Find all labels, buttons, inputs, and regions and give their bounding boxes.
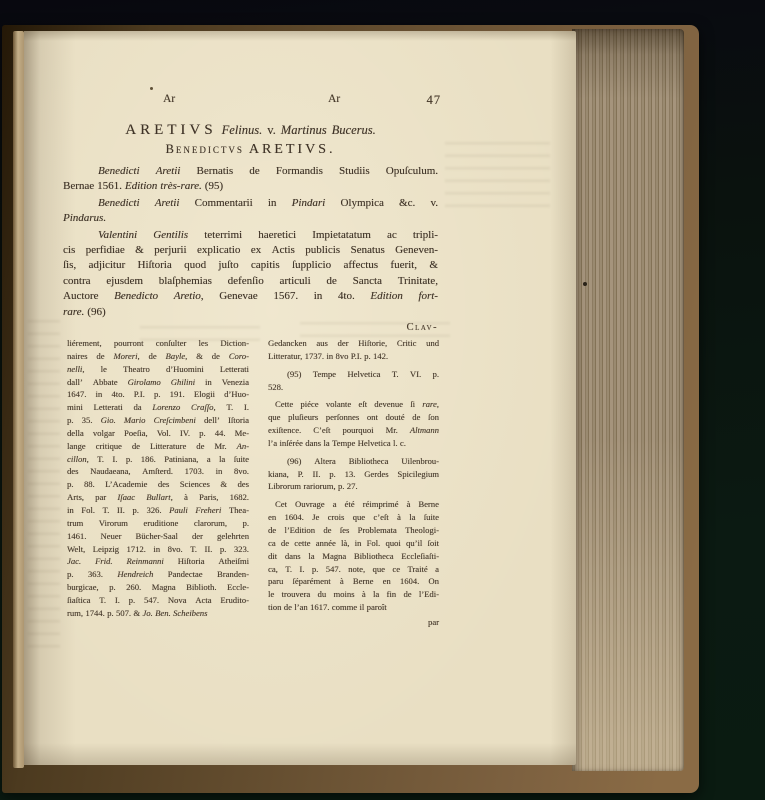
word: Mr. xyxy=(214,441,226,451)
word: articuli xyxy=(279,275,310,287)
word: Creſcimbeni xyxy=(154,415,196,425)
word: 1561. xyxy=(97,180,122,192)
running-head-row: Ar Ar 47 xyxy=(63,93,441,109)
text-line: p.88.L’AcademiedesSciences&des xyxy=(67,479,249,492)
word: 4to. xyxy=(338,290,355,302)
word: II. xyxy=(204,544,212,554)
word: Cet xyxy=(275,499,287,509)
word: 528. xyxy=(268,382,283,392)
word: &c. xyxy=(399,197,415,209)
word: paroît xyxy=(367,602,387,612)
word: ſis, xyxy=(63,259,76,271)
text-line: cisperfidiae&perjuriiexplicatioexActispu… xyxy=(63,244,438,259)
word: rariorum, xyxy=(303,481,335,491)
word: & xyxy=(133,608,140,618)
word: Letterati xyxy=(220,364,249,374)
word: 1737. xyxy=(305,351,324,361)
word: 1604. xyxy=(284,512,303,522)
word: Edition xyxy=(125,180,157,192)
word: Tempe xyxy=(332,438,355,448)
word: in xyxy=(153,544,160,554)
text-line: desNaudaeana,Amſterd.1703.in8vo. xyxy=(67,466,249,479)
word: T. xyxy=(97,454,104,464)
word: Aretii xyxy=(155,197,180,209)
word: 186. xyxy=(141,454,156,464)
word: en xyxy=(268,512,276,522)
word: Gerdes xyxy=(364,469,388,479)
word: de xyxy=(326,275,336,287)
text-line: cillon,T.I.p.186.Patiniana,alaſuite xyxy=(67,454,249,467)
word: Berne xyxy=(418,499,439,509)
word: p. xyxy=(109,582,115,592)
word: exiſtence. xyxy=(268,425,301,435)
word: der xyxy=(192,531,203,541)
word: en xyxy=(383,576,391,586)
word: cette xyxy=(294,538,310,548)
word: Acta xyxy=(195,595,211,605)
word: à xyxy=(362,589,366,599)
word: Elogii xyxy=(194,389,215,399)
word: juſto xyxy=(218,259,238,271)
word: ſoit xyxy=(427,538,438,548)
word: Ouvrage xyxy=(295,499,325,509)
word: Valentini xyxy=(98,229,137,241)
word: d’Huomini xyxy=(166,364,204,374)
word: ſiaſtica xyxy=(67,595,90,605)
word: contra xyxy=(63,275,90,287)
word: Aretio, xyxy=(174,290,204,302)
word: ſupplicio xyxy=(292,259,331,271)
word: des xyxy=(67,466,78,476)
word: Amſterd. xyxy=(142,466,173,476)
word: conſulter xyxy=(156,338,187,348)
word: 1647. xyxy=(67,389,86,399)
word: Poeſia, xyxy=(124,428,148,438)
text-line: dall’AbbateGirolamoGhiliniinVenezia xyxy=(67,377,249,390)
word: c’eſt xyxy=(373,512,388,522)
text-line: Arts,parIſaacBullart,àParis,1682. xyxy=(67,492,249,505)
word: Gedancken xyxy=(268,338,307,348)
word: de xyxy=(96,351,104,361)
word: à xyxy=(407,499,411,509)
word: Nova xyxy=(168,595,187,605)
text-line: GedanckenausderHiſtorie,Criticund xyxy=(268,338,439,351)
word: Altmann xyxy=(410,425,439,435)
running-head-middle: Ar xyxy=(328,93,340,105)
word: p. xyxy=(67,569,73,579)
word: la xyxy=(373,589,379,599)
word: à xyxy=(184,492,188,502)
word: Atheiſmi xyxy=(218,556,249,566)
word: Bibliotheca xyxy=(349,456,389,466)
word: dell’ xyxy=(204,415,220,425)
word: II. xyxy=(117,505,125,515)
word: affectus xyxy=(343,259,378,271)
text-line: rare.(96) xyxy=(63,306,438,321)
word: 260. xyxy=(126,582,141,592)
word: dans xyxy=(285,551,301,561)
word: 326. xyxy=(146,505,161,515)
word: 27. xyxy=(347,481,358,491)
word: mini xyxy=(67,402,83,412)
word: (95) xyxy=(287,369,301,379)
word: aus xyxy=(316,338,327,348)
word: 547. xyxy=(144,595,159,605)
word: a xyxy=(207,454,211,464)
word: Martinus xyxy=(281,123,327,138)
word: T. xyxy=(190,544,197,554)
word: Biblioth. xyxy=(186,582,216,592)
word: in xyxy=(67,505,74,515)
word: dans xyxy=(305,438,321,448)
word: Bayle, xyxy=(166,351,188,361)
word: que xyxy=(268,412,280,422)
word: v. xyxy=(267,123,276,138)
word: Freheri xyxy=(195,505,221,515)
text-line: Librorumrariorum,p.27. xyxy=(268,481,439,494)
text-line: trumVirorumeruditioneclarorum,p. xyxy=(67,518,249,531)
word: rare. xyxy=(63,306,84,318)
word: Benedicti xyxy=(98,165,140,177)
word: Tempe xyxy=(313,369,336,379)
word: P. xyxy=(298,469,304,479)
word: par xyxy=(95,492,106,502)
word: dall’ xyxy=(67,377,83,387)
word: de xyxy=(249,165,259,177)
text-line: Cettepiécevolanteeſtdevenueſirare, xyxy=(268,399,439,412)
word: du xyxy=(318,589,327,599)
word: ce xyxy=(392,564,400,574)
word: 1682. xyxy=(230,492,249,502)
text-line: paruſéparémentàBerneen1604.On xyxy=(268,576,439,589)
text-line: p.35.Gio.MarioCreſcimbenidell’Iſtoria xyxy=(67,415,249,428)
text-line: Litteratur,1737.in8voP.I.p.142. xyxy=(268,351,439,364)
word: de xyxy=(403,589,411,599)
text-line: ſis,adjiciturHiſtoriaquodjuſtocapitisſup… xyxy=(63,259,438,274)
word: 363. xyxy=(88,569,103,579)
word: 1744. xyxy=(85,608,104,618)
word: adjicitur xyxy=(89,259,126,271)
word: Pindarus. xyxy=(63,212,106,224)
word: On xyxy=(428,576,439,586)
word: p. xyxy=(129,595,135,605)
word: ARETIVS. xyxy=(249,142,336,158)
word: volgar xyxy=(93,428,115,438)
word: note, xyxy=(348,564,365,574)
word: Hiſtoria xyxy=(138,259,172,271)
word: ſéparément xyxy=(292,576,330,586)
word: da xyxy=(133,402,141,412)
word: Benedicto xyxy=(114,290,158,302)
word: Branden- xyxy=(217,569,249,579)
word: dit xyxy=(268,551,277,561)
word: & xyxy=(135,244,144,256)
word: les xyxy=(199,338,209,348)
text-line: Bernae1561.Editiontrès-rare.(95) xyxy=(63,180,438,195)
text-line: par xyxy=(268,617,439,630)
word: I. xyxy=(112,454,117,464)
word: Coro- xyxy=(229,351,249,361)
word: in xyxy=(268,197,277,209)
word: blaſphemias xyxy=(159,275,212,287)
word: 1604. xyxy=(400,576,419,586)
word: la xyxy=(323,438,329,448)
word: tion xyxy=(268,602,281,612)
word: crois xyxy=(328,512,345,522)
text-line: tiondel’an1617.commeilparoît xyxy=(268,602,439,615)
word: rare, xyxy=(422,399,439,409)
word: Litteratur, xyxy=(268,351,302,361)
word: Girolamo xyxy=(128,377,161,387)
notes-left-column: liérement,pourrontconſulterlesDiction-na… xyxy=(67,338,249,621)
word: Je xyxy=(312,512,319,522)
word: Jo. xyxy=(142,608,152,618)
word: perjurii xyxy=(154,244,186,256)
word: la xyxy=(308,551,314,561)
word: nelli, xyxy=(67,364,84,374)
word: cis xyxy=(63,244,75,256)
word: 142. xyxy=(373,351,388,361)
text-line: ValentiniGentilisteterrimihaereticiImpie… xyxy=(63,229,438,244)
word: (95) xyxy=(205,180,223,192)
word: in xyxy=(355,538,362,548)
word: eſt xyxy=(358,399,367,409)
text-line: p.363.HendreichPandectaeBranden- xyxy=(67,569,249,582)
word: p. xyxy=(132,505,138,515)
word: haeretici xyxy=(258,229,296,241)
text-line: cadecetteannéelà,inFol.quoiqu’ilſoit xyxy=(268,538,439,551)
word: und xyxy=(426,338,439,348)
text-line: exiſtence.C’eſtpourquoiMr.Altmann xyxy=(268,425,439,438)
word: de xyxy=(268,525,276,535)
text-line: kiana,P.II.p.13.GerdesSpicilegium xyxy=(268,469,439,482)
text-line: liérement,pourrontconſulterlesDiction- xyxy=(67,338,249,351)
word: Hiſtorie, xyxy=(358,338,387,348)
word: Bucerus. xyxy=(332,123,376,138)
word: Bernatis xyxy=(196,165,233,177)
text-line: BenedictvsARETIVS. xyxy=(63,142,438,162)
word: douté xyxy=(385,412,404,422)
word: Helvetica xyxy=(358,438,391,448)
word: in xyxy=(205,377,212,387)
word: Arts, xyxy=(67,492,84,502)
word: Edition xyxy=(370,290,402,302)
paper-speck xyxy=(583,282,587,286)
word: l’Edi- xyxy=(419,589,439,599)
word: Geneven- xyxy=(395,244,438,256)
word: p. xyxy=(67,479,73,489)
word: p. xyxy=(220,544,226,554)
word: p. xyxy=(329,469,335,479)
word: in xyxy=(326,351,333,361)
text-line: contraejusdemblaſphemiasdefenſioarticuli… xyxy=(63,275,438,290)
word: Scheibens xyxy=(173,608,207,618)
word: Fol. xyxy=(81,505,95,515)
text-line: langecritiquedeLitteraturedeMr.An- xyxy=(67,441,249,454)
word: clarorum, xyxy=(194,518,227,528)
word: fort- xyxy=(418,290,438,302)
word: trouvera xyxy=(282,589,311,599)
word: p. xyxy=(338,481,344,491)
word: perſonnes xyxy=(326,412,359,422)
word: T. xyxy=(392,369,399,379)
word: 35. xyxy=(82,415,93,425)
word: paru xyxy=(268,576,283,586)
photo-background: Ar Ar 47 ARETIVSFelinus.v.MartinusBuceru… xyxy=(0,0,765,800)
word: a xyxy=(333,499,337,509)
word: Ghilini xyxy=(171,377,195,387)
word: Erudito- xyxy=(220,595,249,605)
word: Olympica xyxy=(340,197,383,209)
word: Litterature xyxy=(150,441,186,451)
running-head-left: Ar xyxy=(163,93,175,105)
word: Venezia xyxy=(222,377,249,387)
word: par xyxy=(428,617,439,627)
word: Formandis xyxy=(276,165,323,177)
text-line: l’ainſéréedanslaTempeHelvetical.c. xyxy=(268,438,439,451)
word: burgicae, xyxy=(67,582,99,592)
word: que xyxy=(353,512,365,522)
word: ejusdem xyxy=(106,275,143,287)
word: cillon, xyxy=(67,454,89,464)
bleedthrough-shading xyxy=(28,320,60,650)
text-line: 1461.NeuerBücher-Saaldergelehrten xyxy=(67,531,249,544)
text-line: ca,T.I.p.547.note,queceTraitéa xyxy=(268,564,439,577)
word: ex xyxy=(251,244,261,256)
word: Welt, xyxy=(67,544,85,554)
word: critique xyxy=(96,441,122,451)
word: là, xyxy=(341,538,349,548)
word: année xyxy=(316,538,336,548)
word: ſi xyxy=(410,399,415,409)
word: p. xyxy=(126,454,132,464)
word: L’Academie xyxy=(105,479,147,489)
word: moins xyxy=(333,589,354,599)
word: Impietatatum xyxy=(312,229,371,241)
word: explicatio xyxy=(197,244,240,256)
word: des xyxy=(238,479,249,489)
word: des xyxy=(158,479,169,489)
word: 1567. xyxy=(273,290,298,302)
word: Auctore xyxy=(63,290,98,302)
word: defenſio xyxy=(228,275,264,287)
word: (96) xyxy=(287,456,301,466)
word: quod xyxy=(184,259,206,271)
word: Bücher-Saal xyxy=(136,531,178,541)
word: réimprimé xyxy=(363,499,399,509)
word: Studiis xyxy=(339,165,370,177)
word: 8vo. xyxy=(168,544,183,554)
word: Moreri, xyxy=(113,351,139,361)
word: teterrimi xyxy=(204,229,242,241)
word: 4to. xyxy=(111,389,124,399)
word: I. xyxy=(299,564,304,574)
word: 547. xyxy=(326,564,341,574)
word: Theatro xyxy=(123,364,150,374)
word: Pandectae xyxy=(168,569,203,579)
word: la xyxy=(409,512,415,522)
word: p. xyxy=(199,428,205,438)
word: Eccleſiaſti- xyxy=(401,551,439,561)
word: il xyxy=(359,602,364,612)
word: le xyxy=(101,364,107,374)
word: Vol. xyxy=(157,428,171,438)
text-line: BenedictiAretiiBernatisdeFormandisStudii… xyxy=(63,165,438,180)
word: 323. xyxy=(234,544,249,554)
text-line: burgicae,p.260.MagnaBiblioth.Eccle- xyxy=(67,582,249,595)
word: liérement, xyxy=(67,338,102,348)
word: pluſieurs xyxy=(288,412,318,422)
word: Hendreich xyxy=(117,569,153,579)
word: Traité xyxy=(407,564,427,574)
text-line: rum,1744.p.507.&Jo.Ben.Scheibens xyxy=(67,608,249,621)
word: à xyxy=(340,576,344,586)
word: publicis xyxy=(305,244,340,256)
word: & xyxy=(220,479,227,489)
notes-right-column: GedanckenausderHiſtorie,CriticundLittera… xyxy=(268,338,439,630)
word: lange xyxy=(67,441,86,451)
word: in xyxy=(96,389,103,399)
word: (96) xyxy=(87,306,105,318)
word: la xyxy=(219,454,225,464)
word: ca, xyxy=(268,564,278,574)
word: in xyxy=(314,290,323,302)
word: 8vo. xyxy=(234,466,249,476)
word: inſérée xyxy=(279,438,302,448)
word: Felinus. xyxy=(222,123,263,138)
word: 1712. xyxy=(126,544,145,554)
word: l. xyxy=(393,438,398,448)
word: Patiniana, xyxy=(164,454,198,464)
word: perfidiae xyxy=(86,244,125,256)
word: Critic xyxy=(397,338,417,348)
word: d’Huo- xyxy=(224,389,249,399)
word: Spicilegium xyxy=(397,469,439,479)
word: ont xyxy=(367,412,378,422)
word: trum xyxy=(67,518,83,528)
word: Benedictvs xyxy=(166,142,244,157)
word: Trinitate, xyxy=(398,275,438,287)
word: rum, xyxy=(67,608,83,618)
text-line: inFol.T.II.p.326.PauliFreheriThea- xyxy=(67,505,249,518)
word: I. xyxy=(244,402,249,412)
word: eruditione xyxy=(143,518,178,528)
word: capitis xyxy=(251,259,280,271)
word: P.I. xyxy=(351,351,362,361)
word: Reinmanni xyxy=(126,556,163,566)
word: p. xyxy=(312,564,318,574)
word: Paris, xyxy=(199,492,218,502)
word: ſuite xyxy=(234,454,249,464)
word: été xyxy=(345,499,355,509)
text-line: (96)AlteraBibliothecaUilenbrou- xyxy=(268,456,439,469)
word: II. xyxy=(313,469,321,479)
word: le xyxy=(268,589,274,599)
word: v. xyxy=(430,197,438,209)
word: & xyxy=(429,259,438,271)
text-line: dellavolgarPoeſia,Vol.IV.p.44.Me- xyxy=(67,428,249,441)
page-number: 47 xyxy=(427,93,442,108)
word: I. xyxy=(115,595,120,605)
word: p. xyxy=(67,415,73,425)
word: Senatus xyxy=(351,244,385,256)
text-line: letrouveradumoinsàlafindel’Edi- xyxy=(268,589,439,602)
word: de xyxy=(212,351,220,361)
word: Neuer xyxy=(100,531,121,541)
word: gelehrten xyxy=(217,531,249,541)
word: Opuſculum. xyxy=(386,165,438,177)
word: Me- xyxy=(235,428,249,438)
